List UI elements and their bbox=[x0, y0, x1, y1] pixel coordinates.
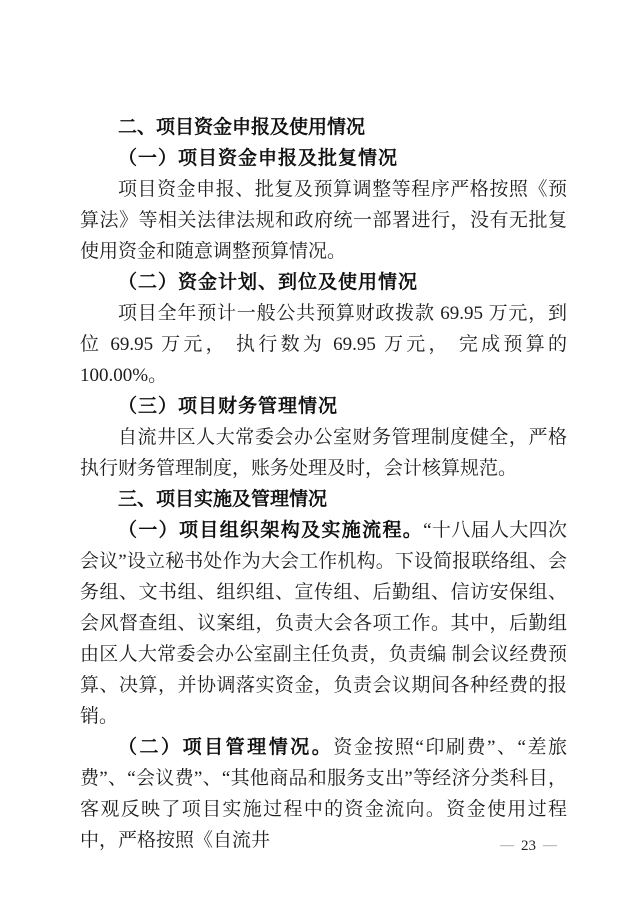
subsection-heading-2-3: （三）项目财务管理情况 bbox=[80, 391, 567, 422]
paragraph-project-management-lead: （二）项目管理情况。 bbox=[118, 737, 333, 758]
paragraph-financial-management: 自流井区人大常委会办公室财务管理制度健全，严格执行财务管理制度，账务处理及时，会… bbox=[80, 422, 567, 484]
footer-left-dash: — bbox=[500, 836, 514, 856]
document-page: 二、项目资金申报及使用情况（一）项目资金申报及批复情况项目资金申报、批复及预算调… bbox=[0, 0, 640, 906]
paragraph-organization-structure-text: “十八届人大四次会议”设立秘书处作为大会工作机构。下设简报联络组、会务组、文书组… bbox=[80, 520, 567, 727]
paragraph-organization-structure: （一）项目组织架构及实施流程。“十八届人大四次会议”设立秘书处作为大会工作机构。… bbox=[80, 515, 567, 732]
subsection-heading-2-2: （二）资金计划、到位及使用情况 bbox=[80, 267, 567, 298]
page-footer: — 23 — bbox=[500, 836, 557, 856]
footer-right-dash: — bbox=[543, 836, 557, 856]
paragraph-organization-structure-lead: （一）项目组织架构及实施流程。 bbox=[118, 520, 423, 541]
section-heading-3: 三、项目实施及管理情况 bbox=[80, 484, 567, 515]
document-body: 二、项目资金申报及使用情况（一）项目资金申报及批复情况项目资金申报、批复及预算调… bbox=[80, 112, 567, 856]
paragraph-project-management: （二）项目管理情况。资金按照“印刷费”、“差旅费”、“会议费”、“其他商品和服务… bbox=[80, 732, 567, 856]
paragraph-funds-usage: 项目全年预计一般公共预算财政拨款 69.95 万元，到位 69.95 万元， 执… bbox=[80, 298, 567, 391]
section-heading-2: 二、项目资金申报及使用情况 bbox=[80, 112, 567, 143]
paragraph-declaration-approval: 项目资金申报、批复及预算调整等程序严格按照《预算法》等相关法律法规和政府统一部署… bbox=[80, 174, 567, 267]
page-number: 23 bbox=[521, 836, 536, 856]
subsection-heading-2-1: （一）项目资金申报及批复情况 bbox=[80, 143, 567, 174]
